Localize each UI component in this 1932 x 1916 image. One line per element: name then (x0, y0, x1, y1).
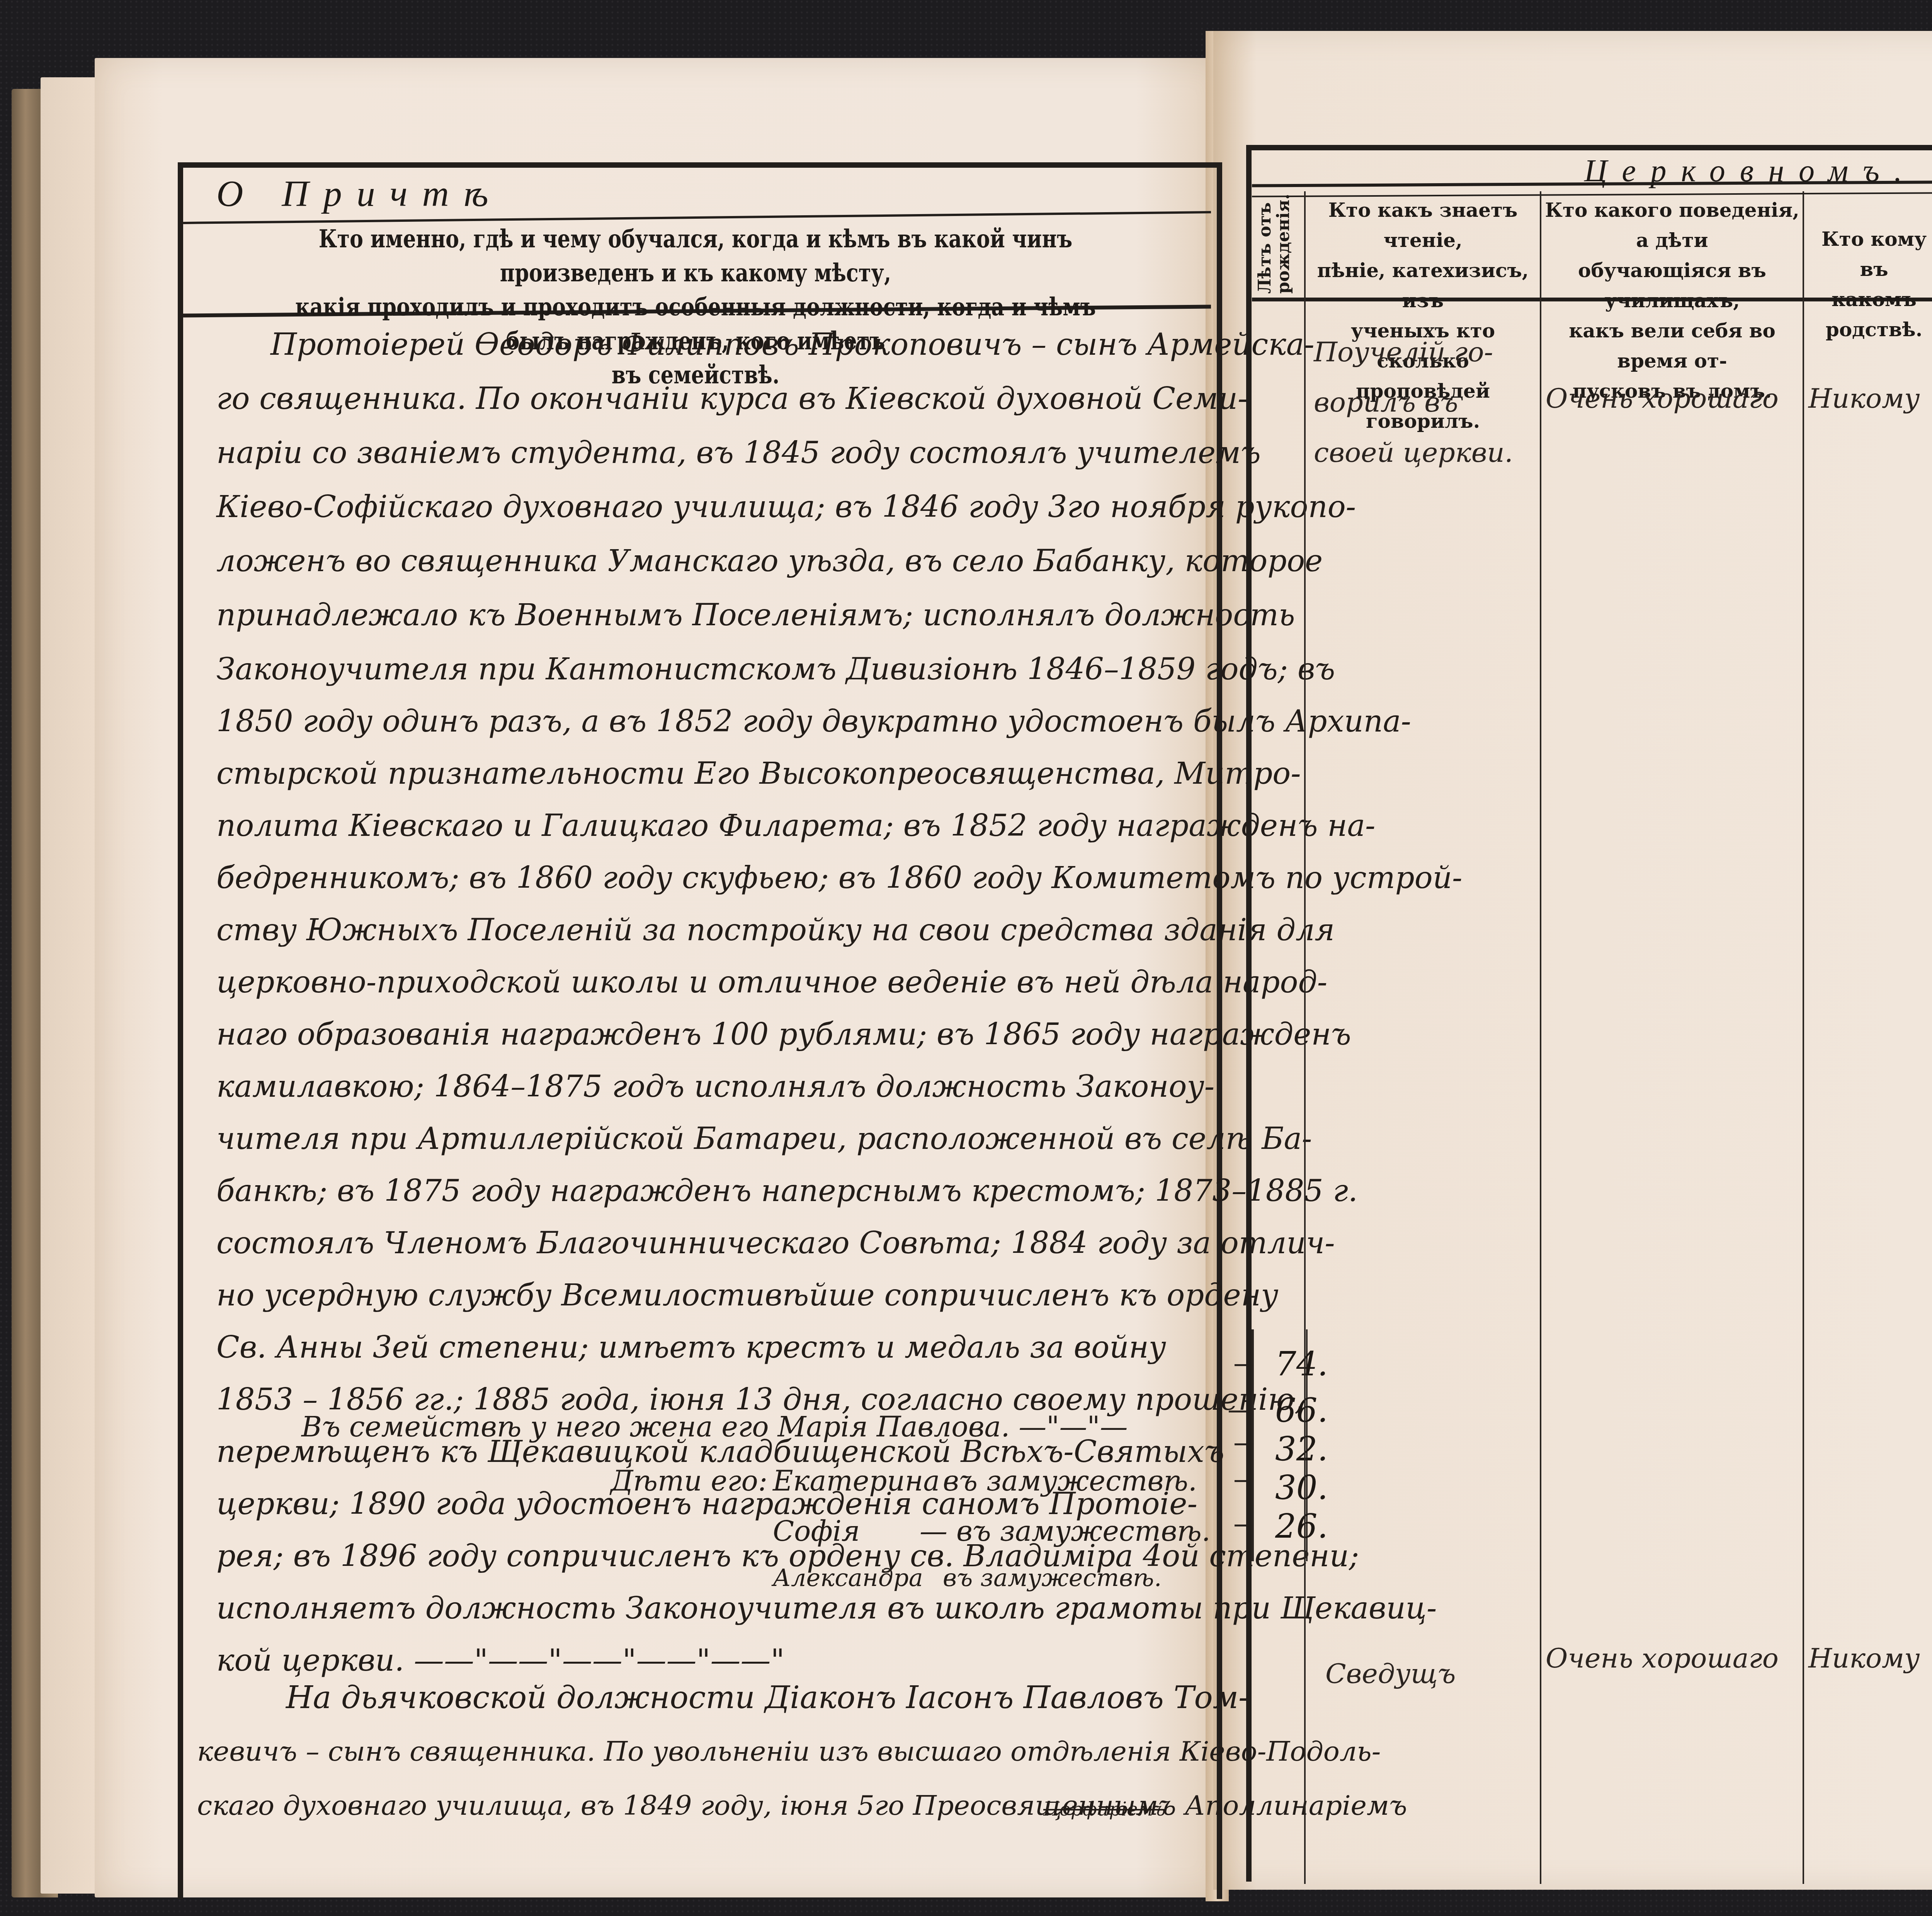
entry-line: но усердную службу Всемилостивѣйше сопри… (216, 1268, 1278, 1324)
entry-line: кевичъ – сынъ священника. По увольненіи … (197, 1724, 1381, 1780)
entry-line: 1850 году одинъ разъ, а въ 1852 году дву… (216, 694, 1411, 750)
children-label: Дѣти его: (611, 1453, 767, 1509)
column-divider (1803, 191, 1804, 1884)
cell-knowledge: своей церкви. (1314, 437, 1513, 468)
entry-line: Св. Анны 3ей степени; имѣетъ крестъ и ме… (216, 1320, 1166, 1376)
entry-line: чителя при Артиллерійской Батареи, распо… (216, 1111, 1312, 1167)
header-line: Кто какъ знаетъ чтеніе, (1308, 195, 1538, 255)
cell-conduct: Очень хорошаго (1546, 1642, 1779, 1674)
entry-line: наріи со званіемъ студента, въ 1845 году… (216, 425, 1261, 481)
entry-line: На дьячковской должности Діаконъ Іасонъ … (286, 1669, 1249, 1725)
child-name: Александра (773, 1550, 923, 1606)
entry-line: ложенъ во священника Уманскаго уѣзда, въ… (216, 533, 1323, 589)
entry-line: скаго духовнаго училища, въ 1849 году, і… (197, 1778, 1407, 1834)
header-line: Кто кому въ (1806, 224, 1932, 284)
cell-knowledge: ворилъ въ (1314, 386, 1458, 418)
header-conduct: Кто какого поведенія, а дѣти обучающіяся… (1544, 195, 1801, 406)
age-dash (1229, 1411, 1248, 1412)
column-divider (1540, 191, 1541, 1884)
header-line: какомъ родствѣ. (1806, 284, 1932, 345)
entry-line: Законоучителя при Кантонистскомъ Дивизіо… (216, 642, 1335, 698)
entry-line: принадлежало къ Военнымъ Поселеніямъ; ис… (216, 587, 1295, 643)
column-divider (1304, 191, 1306, 1884)
entry-line: наго образованія награжденъ 100 рублями;… (216, 1007, 1351, 1063)
child-status: въ замужествѣ. (943, 1453, 1197, 1509)
entry-line: Протоіерей Ѳеодоръ Филипповъ Прокоповичъ… (270, 317, 1315, 373)
header-line: Кто какого поведенія, а дѣти (1544, 195, 1801, 255)
underlying-leaf (41, 77, 99, 1894)
entry-line: состоялъ Членомъ Благочинническаго Совѣт… (216, 1215, 1335, 1271)
entry-line: банкѣ; въ 1875 году награжденъ наперсным… (216, 1163, 1358, 1219)
header-line: пѣніе, катехизисъ, изъ (1308, 255, 1538, 316)
struck-word: Порфиріемъ (1043, 1782, 1165, 1838)
left-header-line-1: Кто именно, гдѣ и чему обучался, когда и… (277, 222, 1114, 290)
child-name: Екатерина (773, 1453, 940, 1509)
header-line: какъ вели себя во время от- (1544, 316, 1801, 376)
entry-line: камилавкою; 1864–1875 годъ исполнялъ дол… (216, 1059, 1214, 1115)
entry-line: ству Южныхъ Поселеній за постройку на св… (216, 902, 1335, 958)
left-section-title: О Причтѣ (216, 172, 503, 215)
entry-line: Кіево-Софійскаго духовнаго училища; въ 1… (216, 479, 1356, 535)
child-status: въ замужествѣ. (943, 1550, 1162, 1606)
header-kinship: Кто кому въ какомъ родствѣ. (1806, 224, 1932, 345)
entry-line: церковно-приходской школы и отличное вед… (216, 955, 1327, 1011)
right-section-title: Церковномъ. (1584, 153, 1917, 189)
cell-knowledge: Поучелій го- (1314, 336, 1493, 368)
cell-knowledge: Сведущъ (1325, 1658, 1456, 1690)
header-age: Лѣтъ отъ рожденія. (1256, 197, 1293, 294)
cell-conduct: Очень хорошаго (1546, 383, 1779, 414)
entry-line: стырской признательности Его Высокопреос… (216, 746, 1301, 802)
wife-line: Въ семействѣ у него жена его Марія Павло… (301, 1399, 1128, 1455)
cell-kinship: Никому (1808, 1642, 1920, 1674)
header-line: обучающіяся въ училищахъ, (1544, 255, 1801, 316)
entry-line: го священника. По окончаніи курса въ Кіе… (216, 371, 1248, 427)
entry-line: полита Кіевскаго и Галицкаго Филарета; в… (216, 798, 1375, 854)
cell-kinship: Никому (1808, 383, 1920, 414)
